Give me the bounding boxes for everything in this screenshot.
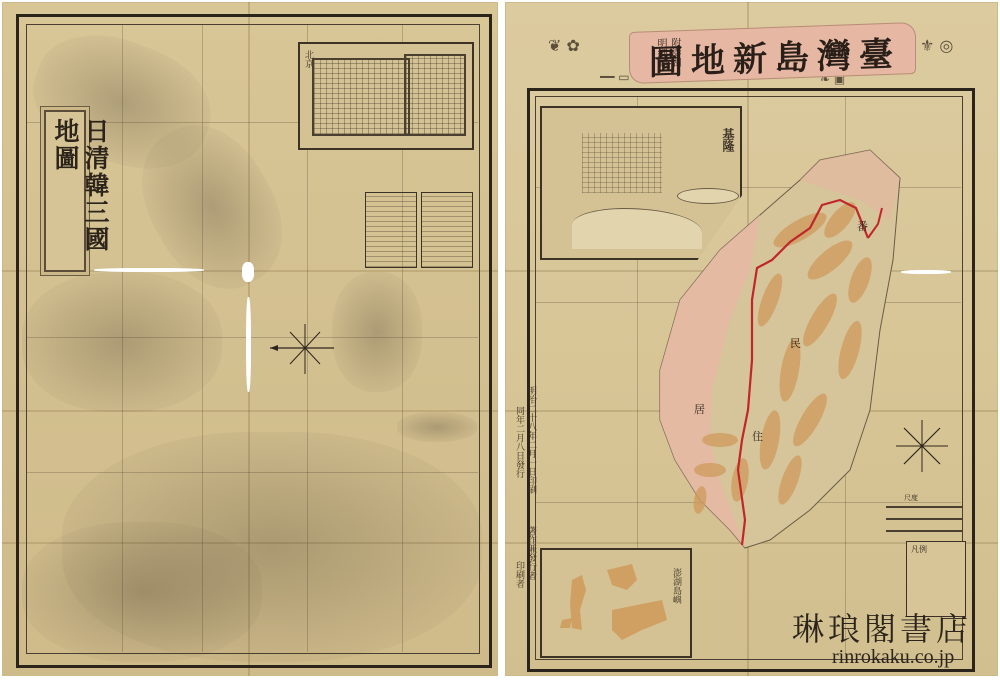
pub-note-3: 著作兼發行者	[526, 526, 536, 580]
scale-bar	[886, 518, 962, 520]
legend-title: 凡例	[911, 544, 927, 555]
taiwan-island-map	[0, 0, 1000, 680]
map-label-ju: 居	[694, 401, 705, 417]
map-label-fan: 番	[857, 218, 868, 234]
pub-note-2: 同年二月八日發行	[514, 406, 524, 478]
scale-title: 尺度	[904, 493, 918, 503]
pescadores-inset-map: 澎湖島嶼	[540, 548, 692, 658]
scale-bar	[886, 530, 962, 532]
map-label-zhu: 住	[752, 428, 763, 444]
publisher-url[interactable]: rinrokaku.co.jp	[832, 646, 954, 669]
map-label-min: 民	[790, 335, 801, 351]
inset-bottom-label: 澎湖島嶼	[670, 568, 683, 604]
scale-bar	[886, 506, 962, 508]
pub-note-1: 明治二十八年二月一日印刷	[526, 386, 536, 494]
pub-note-4: 印刷者	[514, 561, 524, 588]
publisher-watermark: 琳琅閣書店	[792, 604, 972, 650]
compass-rose-icon	[894, 418, 950, 474]
pescadores-islands	[542, 550, 690, 656]
publication-notes: 明治二十八年二月一日印刷 同年二月八日發行 著作兼發行者 印刷者	[508, 386, 538, 636]
